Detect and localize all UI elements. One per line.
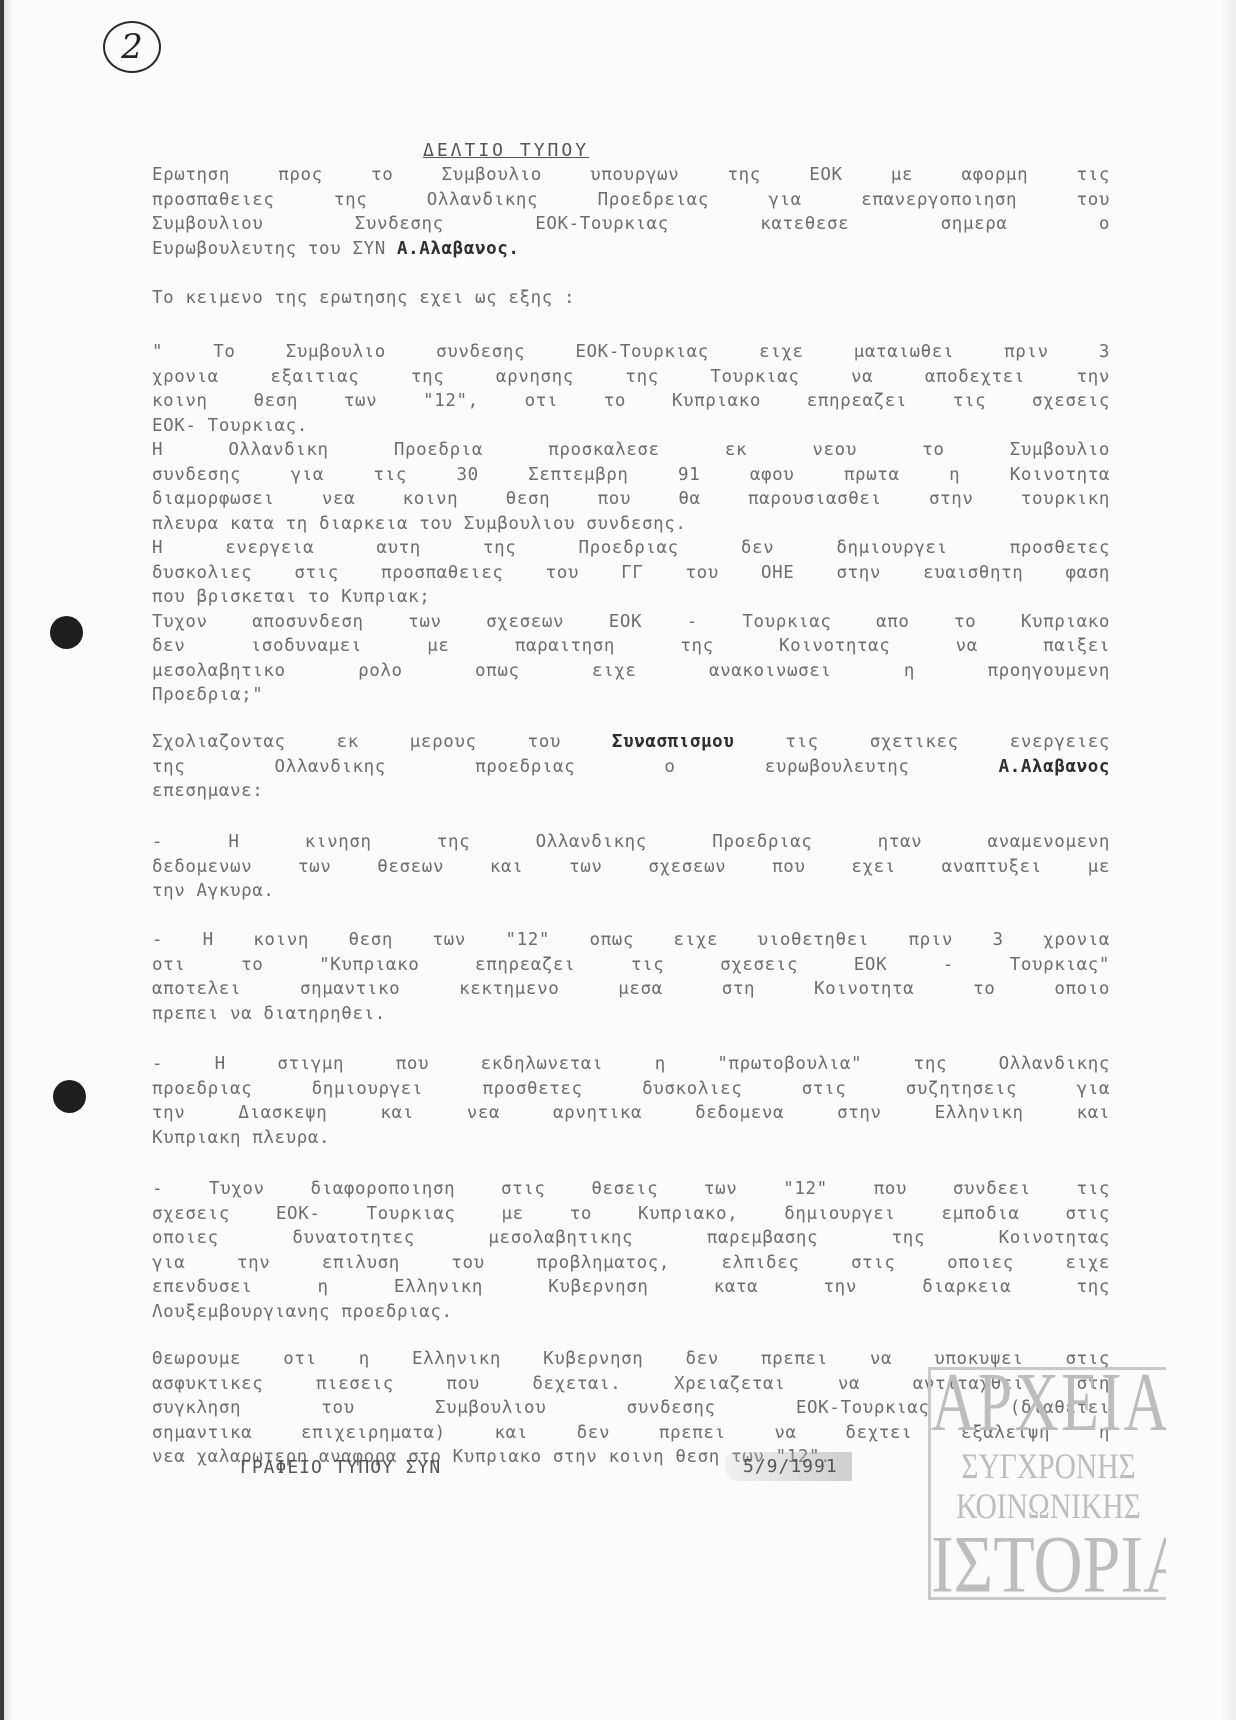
punch-hole-icon [53, 1080, 86, 1113]
archive-watermark: ΑΡΧΕΙΑ ΣΥΓΧΡΟΝΗΣ ΚΟΙΝΩΝΙΚΗΣ ΙΣΤΟΡΙΑΣ [928, 1367, 1166, 1600]
watermark-line: ΙΣΤΟΡΙΑΣ [931, 1526, 1166, 1600]
text-line: μεσολαβητικο ρολο οπως ειχε ανακοινωσει … [152, 659, 1110, 684]
text-line: αποτελει σημαντικο κεκτημενο μεσα στη Κο… [152, 977, 1110, 1002]
document-title: ΔΕΛΤΙΟ ΤΥΠΟΥ [423, 140, 589, 161]
text-line: οποιες δυνατοτητες μεσολαβητικης παρεμβα… [152, 1226, 1110, 1251]
text-line: προεδριας δημιουργει προσθετες δυσκολιες… [152, 1077, 1110, 1102]
text-line: συνδεσης για τις 30 Σεπτεμβρη 91 αφου πρ… [152, 463, 1110, 488]
question-lead: Το κειμενο της ερωτησης εχει ως εξης : [152, 286, 1110, 311]
text-line: σχεσεις ΕΟΚ- Τουρκιας με το Κυπριακο, δη… [152, 1202, 1110, 1227]
author-name: Α.Αλαβανος [999, 757, 1110, 777]
watermark-line: ΣΥΓΧΡΟΝΗΣ [952, 1446, 1145, 1486]
bullet-point: - Τυχον διαφοροποιηση στις θεσεις των "1… [152, 1177, 1110, 1324]
text-line: χρονια εξαιτιας της αρνησης της Τουρκιας… [152, 365, 1110, 390]
text-line: Συμβουλιου Συνδεσης ΕΟΚ-Τουρκιας κατεθεσ… [152, 212, 1110, 237]
intro-prefix: Ευρωβουλευτης του ΣΥΝ [152, 239, 397, 259]
text-line: που βρισκεται το Κυπριακ; [152, 585, 1110, 610]
text-line: για την επιλυση του προβληματος, ελπιδες… [152, 1251, 1110, 1276]
commentary-text: τις σχετικες ενεργειες [734, 732, 1110, 752]
text-line: επενδυσει η Ελληνικη Κυβερνηση κατα την … [152, 1275, 1110, 1300]
text-line: δεν ισοδυναμει με παραιτηση της Κοινοτητ… [152, 634, 1110, 659]
text-line: διαμορφωσει νεα κοινη θεση που θα παρουσ… [152, 487, 1110, 512]
question-text: " Το Συμβουλιο συνδεσης ΕΟΚ-Τουρκιας ειχ… [152, 340, 1110, 708]
text-line: της Ολλανδικης προεδριας ο ευρωβουλευτης… [152, 755, 1110, 780]
scan-left-shade [4, 0, 14, 1720]
text-line: Τυχον αποσυνδεση των σχεσεων ΕΟΚ - Τουρκ… [152, 610, 1110, 635]
handwritten-page-number: 2 [103, 21, 161, 73]
text-line: πλευρα κατα τη διαρκεια του Συμβουλιου σ… [152, 512, 1110, 537]
bullet-point: - Η κοινη θεση των "12" οπως ειχε υιοθετ… [152, 928, 1110, 1026]
text-line: Ευρωβουλευτης του ΣΥΝ Α.Αλαβανος. [152, 237, 1110, 262]
text-line: δεδομενων των θεσεων και των σχεσεων που… [152, 855, 1110, 880]
text-line: οτι το "Κυπριακο επηρεαζει τις σχεσεις Ε… [152, 953, 1110, 978]
commentary-text: Σχολιαζοντας εκ μερους του [152, 732, 612, 752]
text-line: Ερωτηση προς το Συμβουλιο υπουργων της Ε… [152, 163, 1110, 188]
signature-office: ΓΡΑΦΕΙΟ ΤΥΠΟΥ ΣΥΝ [240, 1457, 441, 1478]
intro-paragraph: Ερωτηση προς το Συμβουλιο υπουργων της Ε… [152, 163, 1110, 261]
bullet-point: - Η κινηση της Ολλανδικης Προεδριας ηταν… [152, 830, 1110, 904]
text-line: προσπαθειες της Ολλανδικης Προεδρειας γι… [152, 188, 1110, 213]
text-line: - Τυχον διαφοροποιηση στις θεσεις των "1… [152, 1177, 1110, 1202]
text-line: δυσκολιες στις προσπαθειες του ΓΓ του ΟΗ… [152, 561, 1110, 586]
watermark-line: ΑΡΧΕΙΑ [931, 1367, 1166, 1442]
text-line: ΕΟΚ- Τουρκιας. [152, 414, 1110, 439]
text-line: Λουξεμβουργιανης προεδριας. [152, 1300, 1110, 1325]
party-name: Συνασπισμου [612, 732, 735, 752]
text-line: πρεπει να διατηρηθει. [152, 1002, 1110, 1027]
text-line: Η Ολλανδικη Προεδρια προσκαλεσε εκ νεου … [152, 438, 1110, 463]
text-line: Η ενεργεια αυτη της Προεδριας δεν δημιου… [152, 536, 1110, 561]
text-line: - Η στιγμη που εκδηλωνεται η "πρωτοβουλι… [152, 1052, 1110, 1077]
author-name: Α.Αλαβανος. [397, 239, 520, 259]
text-line: επεσημανε: [152, 779, 1110, 804]
punch-hole-icon [50, 616, 83, 649]
scan-right-shade [1222, 0, 1236, 1720]
text-line: " Το Συμβουλιο συνδεσης ΕΟΚ-Τουρκιας ειχ… [152, 340, 1110, 365]
text-line: Κυπριακη πλευρα. [152, 1126, 1110, 1151]
text-line: Σχολιαζοντας εκ μερους του Συνασπισμου τ… [152, 730, 1110, 755]
commentary-paragraph: Σχολιαζοντας εκ μερους του Συνασπισμου τ… [152, 730, 1110, 804]
text-line: την Διασκεψη και νεα αρνητικα δεδομενα σ… [152, 1101, 1110, 1126]
bullet-point: - Η στιγμη που εκδηλωνεται η "πρωτοβουλι… [152, 1052, 1110, 1150]
text-line: την Αγκυρα. [152, 879, 1110, 904]
text-line: Προεδρια;" [152, 683, 1110, 708]
text-line: - Η κοινη θεση των "12" οπως ειχε υιοθετ… [152, 928, 1110, 953]
commentary-text: της Ολλανδικης προεδριας ο ευρωβουλευτης [152, 757, 999, 777]
document-date: 5/9/1991 [725, 1452, 852, 1481]
text-line: - Η κινηση της Ολλανδικης Προεδριας ηταν… [152, 830, 1110, 855]
text-line: Το κειμενο της ερωτησης εχει ως εξης : [152, 286, 1110, 311]
text-line: κοινη θεση των "12", οτι το Κυπριακο επη… [152, 389, 1110, 414]
